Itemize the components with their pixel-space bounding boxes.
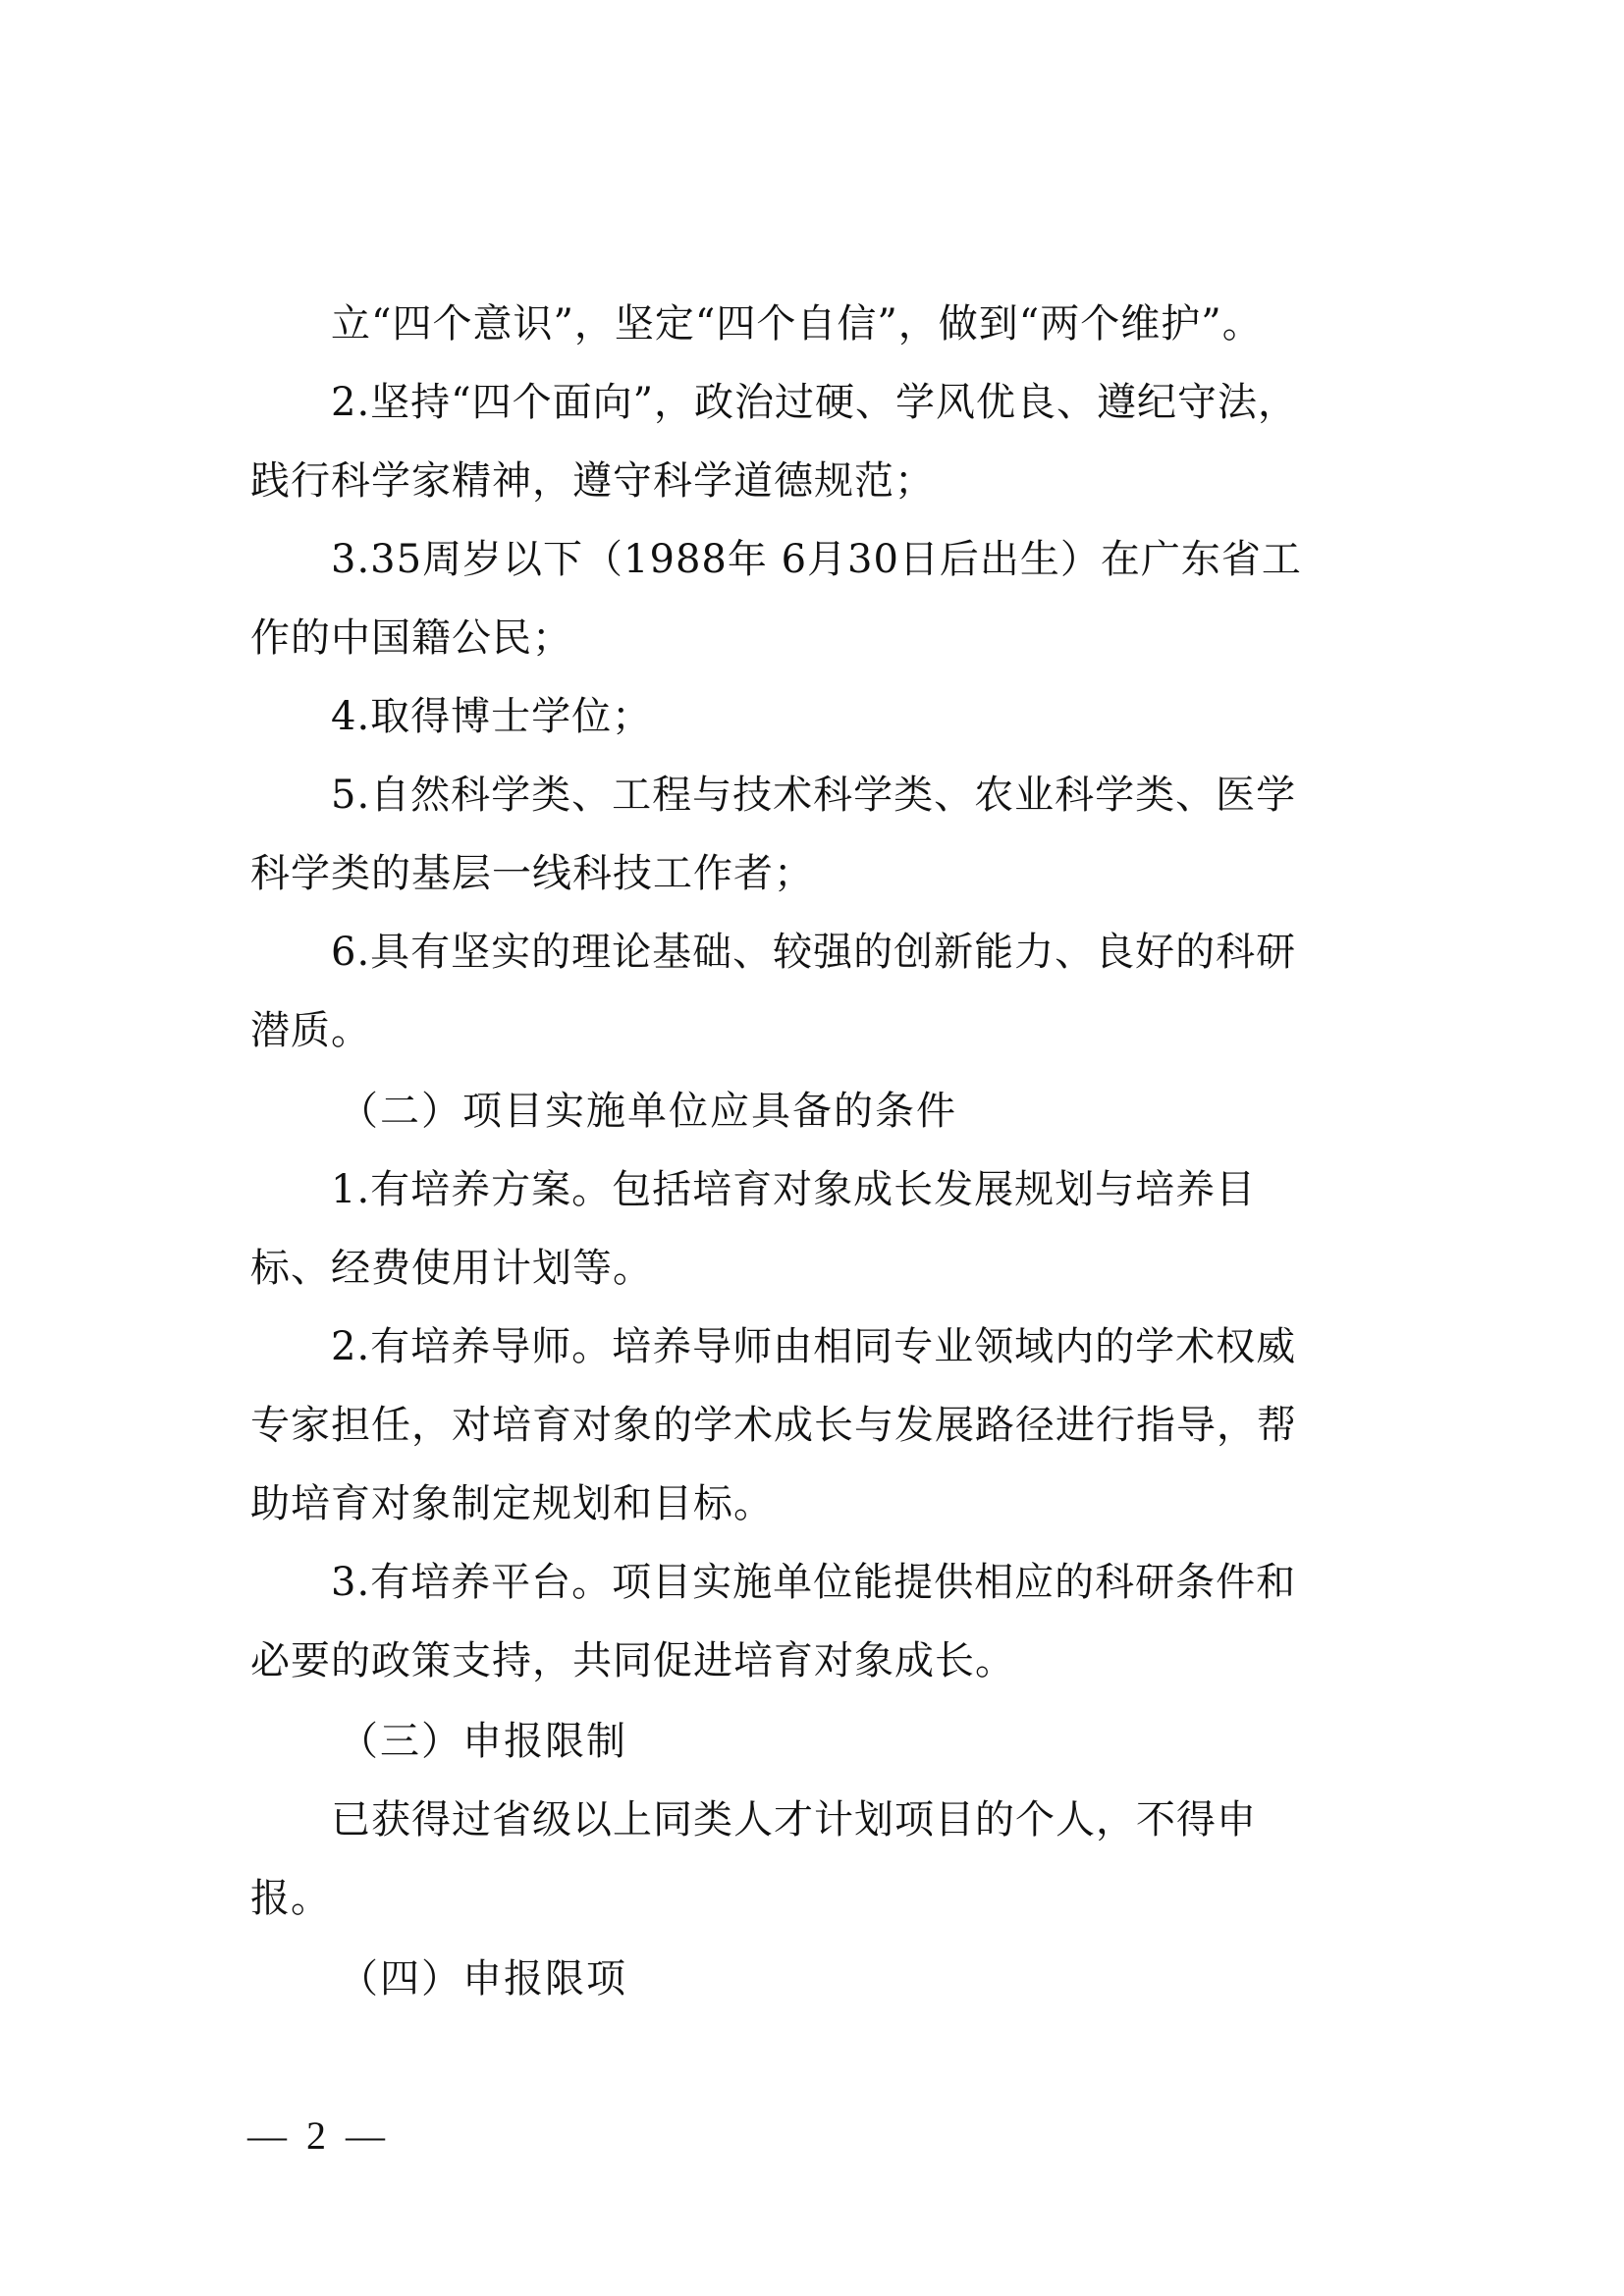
text-line-16: 助培育对象制定规划和目标。 — [250, 1480, 774, 1527]
list-item-3: 3.35周岁以下（1988年 6月30日后出生）在广东省工 — [331, 536, 1302, 583]
section-heading-2: （二）项目实施单位应具备的条件 — [339, 1088, 957, 1135]
list-item-b1: 1.有培养方案。包括培育对象成长发展规划与培养目 — [331, 1166, 1256, 1213]
section-heading-3: （三）申报限制 — [339, 1718, 627, 1765]
list-item-4: 4.取得博士学位； — [331, 693, 652, 740]
list-item-5: 5.自然科学类、工程与技术科学类、农业科学类、医学 — [331, 772, 1296, 819]
section-heading-4: （四）申报限项 — [339, 1955, 627, 2002]
page-number: — 2 — — [247, 2112, 385, 2160]
text-line-18: 必要的政策支持，共同促进培育对象成长。 — [250, 1637, 1015, 1684]
text-line-1: 立“四个意识”，坚定“四个自信”，做到“两个维护”。 — [331, 300, 1263, 347]
text-line-8: 科学类的基层一线科技工作者； — [250, 850, 814, 897]
list-item-b2: 2.有培养导师。培养导师由相同专业领域内的学术权威 — [331, 1323, 1296, 1370]
list-item-2: 2.坚持“四个面向”，政治过硬、学风优良、遵纪守法， — [331, 379, 1298, 426]
text-line-5: 作的中国籍公民； — [250, 614, 572, 662]
text-line-21: 报。 — [250, 1875, 331, 1922]
text-line-3: 践行科学家精神，遵守科学道德规范； — [250, 457, 935, 505]
text-line-10: 潜质。 — [250, 1007, 371, 1054]
document-page: 立“四个意识”，坚定“四个自信”，做到“两个维护”。 2.坚持“四个面向”，政治… — [0, 0, 1624, 2296]
list-item-b3: 3.有培养平台。项目实施单位能提供相应的科研条件和 — [331, 1559, 1296, 1606]
text-line-13: 标、经费使用计划等。 — [250, 1245, 653, 1292]
text-line-15: 专家担任，对培育对象的学术成长与发展路径进行指导，帮 — [250, 1402, 1297, 1449]
list-item-6: 6.具有坚实的理论基础、较强的创新能力、良好的科研 — [331, 929, 1296, 976]
paragraph-restriction: 已获得过省级以上同类人才计划项目的个人，不得申 — [331, 1796, 1257, 1843]
